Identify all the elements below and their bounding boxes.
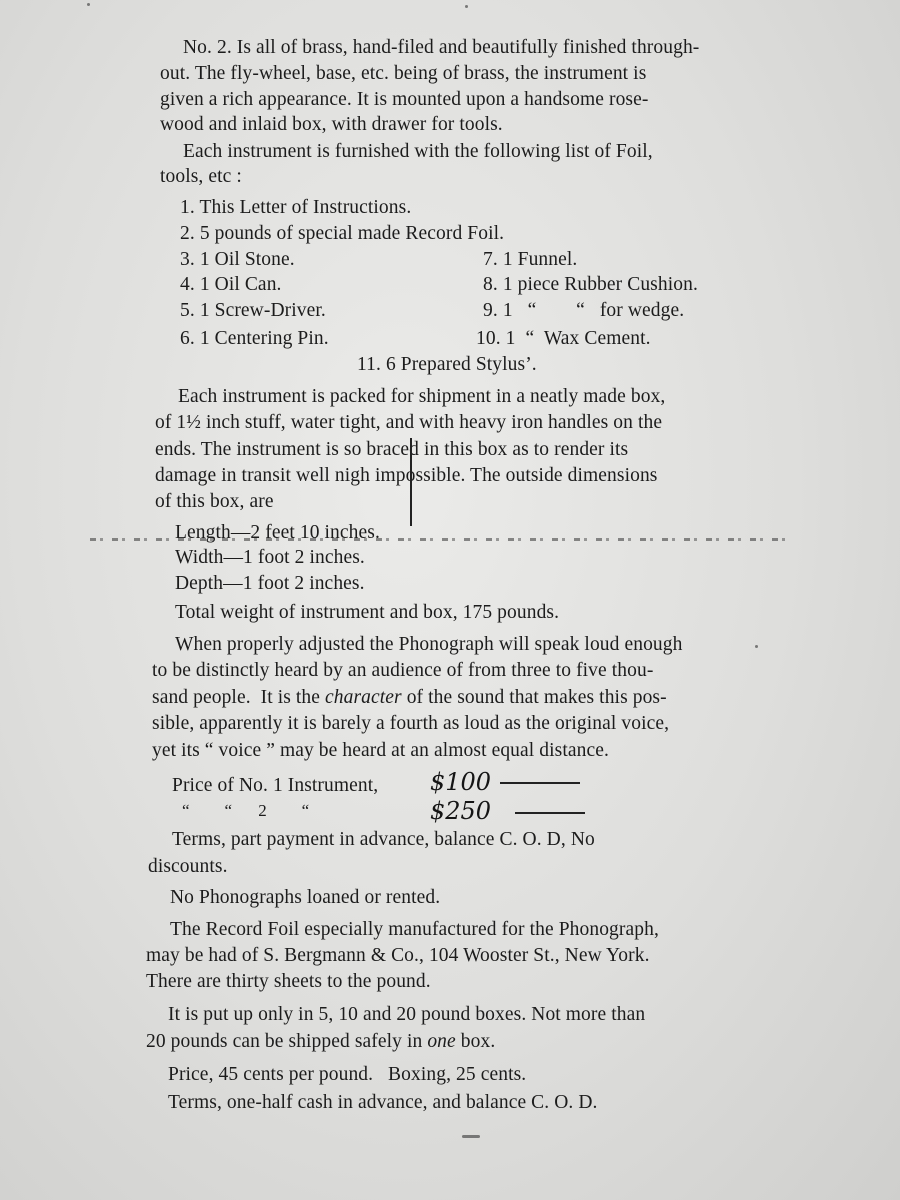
list-item: 6. 1 Centering Pin.	[180, 328, 329, 350]
scan-speck	[462, 1135, 480, 1138]
para7-line1: The Record Foil especially manufactured …	[170, 919, 659, 941]
price-no2-handwritten: $250	[430, 797, 491, 825]
para5-line2: discounts.	[148, 856, 228, 878]
para2-line1: Each instrument is furnished with the fo…	[183, 141, 653, 163]
list-item: 3. 1 Oil Stone.	[180, 249, 295, 271]
para7-line2: may be had of S. Bergmann & Co., 104 Woo…	[146, 945, 650, 967]
list-item: 9. 1 “ “ for wedge.	[483, 300, 684, 322]
list-item: 1. This Letter of Instructions.	[180, 197, 411, 219]
para1-line3: given a rich appearance. It is mounted u…	[160, 89, 648, 111]
para3-line5: of this box, are	[155, 491, 274, 513]
price-no1-handwritten: $100	[430, 768, 491, 796]
para4-line2: to be distinctly heard by an audience of…	[152, 660, 653, 682]
para4-line5: yet its “ voice ” may be heard at an alm…	[152, 740, 609, 762]
para7-line3: There are thirty sheets to the pound.	[146, 971, 431, 993]
para8-line1: It is put up only in 5, 10 and 20 pound …	[168, 1004, 645, 1026]
list-item: 4. 1 Oil Can.	[180, 274, 282, 296]
para1-line1: No. 2. Is all of brass, hand-filed and b…	[183, 37, 699, 59]
para4-line3: sand people. It is the character of the …	[152, 687, 667, 709]
dimension-width: Width—1 foot 2 inches.	[175, 547, 365, 569]
scan-speck	[465, 5, 468, 8]
para2-line2: tools, etc :	[160, 166, 242, 188]
para10: Terms, one-half cash in advance, and bal…	[168, 1092, 598, 1114]
ink-mark	[410, 438, 412, 526]
list-item: 10. 1 “ Wax Cement.	[476, 328, 651, 350]
para8-line2: 20 pounds can be shipped safely in one b…	[146, 1031, 495, 1053]
handwritten-underline	[515, 812, 585, 814]
document-page: No. 2. Is all of brass, hand-filed and b…	[0, 0, 900, 1200]
list-item: 5. 1 Screw-Driver.	[180, 300, 326, 322]
para1-line2: out. The fly-wheel, base, etc. being of …	[160, 63, 646, 85]
total-weight: Total weight of instrument and box, 175 …	[175, 602, 559, 624]
scan-speck	[87, 3, 90, 6]
list-item: 2. 5 pounds of special made Record Foil.	[180, 223, 504, 245]
para1-line4: wood and inlaid box, with drawer for too…	[160, 114, 503, 136]
para3-line2: of 1½ inch stuff, water tight, and with …	[155, 412, 662, 434]
handwritten-underline	[500, 782, 580, 784]
para4-line4: sible, apparently it is barely a fourth …	[152, 713, 669, 735]
list-item: 11. 6 Prepared Stylus’.	[357, 354, 537, 376]
para9: Price, 45 cents per pound. Boxing, 25 ce…	[168, 1064, 526, 1086]
scan-speck	[755, 645, 758, 648]
para3-line3: ends. The instrument is so braced in thi…	[155, 439, 628, 461]
list-item: 7. 1 Funnel.	[483, 249, 577, 271]
para3-line4: damage in transit well nigh impossible. …	[155, 465, 658, 487]
para4-line1: When properly adjusted the Phonograph wi…	[175, 634, 682, 656]
dimension-depth: Depth—1 foot 2 inches.	[175, 573, 365, 595]
price-no2-label: “ “ 2 “	[182, 801, 309, 821]
para3-line1: Each instrument is packed for shipment i…	[178, 386, 665, 408]
paper-crease	[90, 538, 790, 541]
para5-line1: Terms, part payment in advance, balance …	[172, 829, 595, 851]
price-no1-label: Price of No. 1 Instrument,	[172, 775, 378, 797]
list-item: 8. 1 piece Rubber Cushion.	[483, 274, 698, 296]
para6: No Phonographs loaned or rented.	[170, 887, 440, 909]
